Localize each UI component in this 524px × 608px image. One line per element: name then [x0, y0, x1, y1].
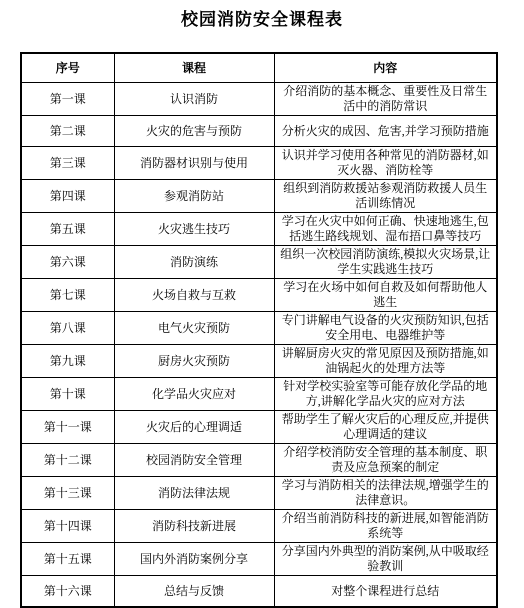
cell-no: 第八课: [21, 312, 114, 345]
cell-content: 对整个课程进行总结: [274, 576, 497, 600]
cell-course: 消防法律法规: [114, 477, 274, 510]
cell-no: 第十二课: [21, 444, 114, 477]
table-row: 第六课消防演练组织一次校园消防演练,模拟火灾场景,让学生实践逃生技巧: [21, 246, 497, 279]
table-row: 第十六课总结与反馈对整个课程进行总结: [21, 576, 497, 600]
cell-course: 电气火灾预防: [114, 312, 274, 345]
cell-no: 第二课: [21, 116, 114, 147]
table-row: 第十二课校园消防安全管理介绍学校消防安全管理的基本制度、职责及应急预案的制定: [21, 444, 497, 477]
table-row: 第一课认识消防介绍消防的基本概念、重要性及日常生活中的消防常识: [21, 83, 497, 116]
cell-content: 帮助学生了解火灾后的心理反应,并提供心理调适的建议: [274, 411, 497, 444]
table-body: 第一课认识消防介绍消防的基本概念、重要性及日常生活中的消防常识第二课火灾的危害与…: [21, 83, 497, 600]
cell-no: 第十四课: [21, 510, 114, 543]
cell-no: 第十三课: [21, 477, 114, 510]
table-row: 第十五课国内外消防案例分享分享国内外典型的消防案例,从中吸取经验教训: [21, 543, 497, 576]
cell-content: 介绍学校消防安全管理的基本制度、职责及应急预案的制定: [274, 444, 497, 477]
cell-no: 第十六课: [21, 576, 114, 600]
cell-course: 火灾后的心理调适: [114, 411, 274, 444]
cell-no: 第三课: [21, 147, 114, 180]
course-table: 序号 课程 内容 第一课认识消防介绍消防的基本概念、重要性及日常生活中的消防常识…: [20, 52, 498, 599]
table-row: 第四课参观消防站组织到消防救援站参观消防救援人员生活训练情况: [21, 180, 497, 213]
cell-content: 学习在火场中如何自救及如何帮助他人逃生: [274, 279, 497, 312]
cell-course: 消防器材识别与使用: [114, 147, 274, 180]
cell-content: 组织到消防救援站参观消防救援人员生活训练情况: [274, 180, 497, 213]
cell-no: 第四课: [21, 180, 114, 213]
table-row: 第三课消防器材识别与使用认识并学习使用各种常见的消防器材,如灭火器、消防栓等: [21, 147, 497, 180]
header-cell-no: 序号: [21, 53, 114, 83]
cell-course: 认识消防: [114, 83, 274, 116]
header-row: 序号 课程 内容: [21, 53, 497, 83]
cell-content: 专门讲解电气设备的火灾预防知识,包括安全用电、电器维护等: [274, 312, 497, 345]
table-row: 第十一课火灾后的心理调适帮助学生了解火灾后的心理反应,并提供心理调适的建议: [21, 411, 497, 444]
cell-content: 分享国内外典型的消防案例,从中吸取经验教训: [274, 543, 497, 576]
cell-content: 讲解厨房火灾的常见原因及预防措施,如油锅起火的处理方法等: [274, 345, 497, 378]
cell-course: 火灾的危害与预防: [114, 116, 274, 147]
table-row: 第五课火灾逃生技巧学习在火灾中如何正确、快速地逃生,包括逃生路线规划、湿布捂口鼻…: [21, 213, 497, 246]
cell-course: 国内外消防案例分享: [114, 543, 274, 576]
cell-course: 总结与反馈: [114, 576, 274, 600]
cell-course: 厨房火灾预防: [114, 345, 274, 378]
cell-no: 第九课: [21, 345, 114, 378]
table-row: 第八课电气火灾预防专门讲解电气设备的火灾预防知识,包括安全用电、电器维护等: [21, 312, 497, 345]
cell-content: 针对学校实验室等可能存放化学品的地方,讲解化学品火灾的应对方法: [274, 378, 497, 411]
table-row: 第十课化学品火灾应对针对学校实验室等可能存放化学品的地方,讲解化学品火灾的应对方…: [21, 378, 497, 411]
cell-course: 化学品火灾应对: [114, 378, 274, 411]
cell-no: 第一课: [21, 83, 114, 116]
cell-content: 分析火灾的成因、危害,并学习预防措施: [274, 116, 497, 147]
cell-no: 第五课: [21, 213, 114, 246]
table-header: 序号 课程 内容: [21, 53, 497, 83]
table-row: 第九课厨房火灾预防讲解厨房火灾的常见原因及预防措施,如油锅起火的处理方法等: [21, 345, 497, 378]
page-title: 校园消防安全课程表: [0, 8, 524, 32]
table-row: 第二课火灾的危害与预防分析火灾的成因、危害,并学习预防措施: [21, 116, 497, 147]
cell-content: 介绍当前消防科技的新进展,如智能消防系统等: [274, 510, 497, 543]
cell-no: 第七课: [21, 279, 114, 312]
cell-no: 第十课: [21, 378, 114, 411]
cell-content: 学习与消防相关的法律法规,增强学生的法律意识。: [274, 477, 497, 510]
cell-content: 学习在火灾中如何正确、快速地逃生,包括逃生路线规划、湿布捂口鼻等技巧: [274, 213, 497, 246]
document-page: { "page": { "title": "校园消防安全课程表" }, "tab…: [0, 0, 524, 599]
cell-no: 第十五课: [21, 543, 114, 576]
cell-course: 火场自救与互救: [114, 279, 274, 312]
table-row: 第七课火场自救与互救学习在火场中如何自救及如何帮助他人逃生: [21, 279, 497, 312]
table-row: 第十四课消防科技新进展介绍当前消防科技的新进展,如智能消防系统等: [21, 510, 497, 543]
cell-course: 火灾逃生技巧: [114, 213, 274, 246]
cell-no: 第十一课: [21, 411, 114, 444]
cell-course: 消防演练: [114, 246, 274, 279]
table-row: 第十三课消防法律法规学习与消防相关的法律法规,增强学生的法律意识。: [21, 477, 497, 510]
cell-course: 校园消防安全管理: [114, 444, 274, 477]
cell-content: 介绍消防的基本概念、重要性及日常生活中的消防常识: [274, 83, 497, 116]
cell-no: 第六课: [21, 246, 114, 279]
cell-course: 消防科技新进展: [114, 510, 274, 543]
cell-course: 参观消防站: [114, 180, 274, 213]
cell-content: 认识并学习使用各种常见的消防器材,如灭火器、消防栓等: [274, 147, 497, 180]
header-cell-content: 内容: [274, 53, 497, 83]
header-cell-course: 课程: [114, 53, 274, 83]
cell-content: 组织一次校园消防演练,模拟火灾场景,让学生实践逃生技巧: [274, 246, 497, 279]
course-table-container: 序号 课程 内容 第一课认识消防介绍消防的基本概念、重要性及日常生活中的消防常识…: [20, 52, 496, 599]
